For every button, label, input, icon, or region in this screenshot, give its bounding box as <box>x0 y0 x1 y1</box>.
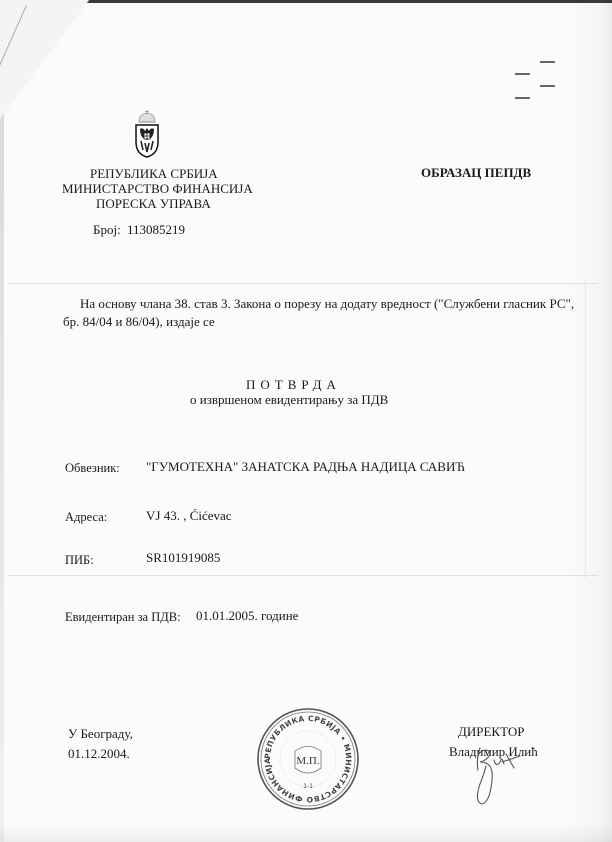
svg-text:М.П.: М.П. <box>296 755 319 767</box>
certificate-subtitle: о извршеном евидентирању за ПДВ <box>190 392 388 408</box>
registration-label: Евидентиран за ПДВ: <box>65 610 181 625</box>
issuer-line-agency: ПОРЕСКА УПРАВА <box>96 196 211 212</box>
registration-mark <box>515 97 530 99</box>
document-number-label: Број: <box>93 222 121 238</box>
registration-mark <box>540 85 555 87</box>
issue-date: 01.12.2004. <box>68 746 130 762</box>
legal-basis-line-2: бр. 84/04 и 86/04), издаје се <box>63 314 215 330</box>
registration-date: 01.01.2005. године <box>196 608 298 624</box>
field-label-taxpayer: Обвезник: <box>65 461 120 476</box>
scan-edge-top <box>0 0 612 3</box>
certificate-title: ПОТВРДА <box>246 377 341 393</box>
official-seal-stamp-icon: РЕПУБЛИКА СРБИЈА • МИНИСТАРСТВО ФИНАНСИЈ… <box>255 706 361 812</box>
fold-line <box>8 283 598 284</box>
svg-text:1-1: 1-1 <box>303 783 313 790</box>
signatory-title: ДИРЕКТОР <box>458 724 525 740</box>
field-value-taxpayer: "ГУМОТЕХНА" ЗАНАТСКА РАДЊА НАДИЦА САВИЋ <box>146 459 465 475</box>
handwritten-signature-icon <box>466 740 526 808</box>
legal-basis-line-1: На основу члана 38. став 3. Закона о пор… <box>80 296 574 312</box>
issue-place: У Београду, <box>68 726 133 742</box>
issuer-line-ministry: МИНИСТАРСТВО ФИНАНСИЈА <box>62 181 253 197</box>
field-label-address: Адреса: <box>65 510 107 525</box>
document-page: РЕПУБЛИКА СРБИЈА МИНИСТАРСТВО ФИНАНСИЈА … <box>0 0 612 842</box>
scan-shadow <box>560 0 612 842</box>
field-label-tin: ПИБ: <box>65 553 94 568</box>
fold-line <box>8 575 598 576</box>
form-code: ОБРАЗАЦ ПЕПДВ <box>421 165 531 181</box>
document-number-value: 113085219 <box>127 222 185 238</box>
registration-mark <box>540 61 555 63</box>
scan-edge-left <box>0 0 4 842</box>
registration-mark <box>515 73 530 75</box>
scan-shadow <box>0 822 612 842</box>
field-value-address: VJ 43. , Ćićevac <box>146 508 232 524</box>
field-value-tin: SR101919085 <box>146 550 220 566</box>
issuer-line-country: РЕПУБЛИКА СРБИЈА <box>90 166 218 182</box>
corner-fold <box>0 0 90 120</box>
serbian-coat-of-arms-icon <box>133 110 161 158</box>
